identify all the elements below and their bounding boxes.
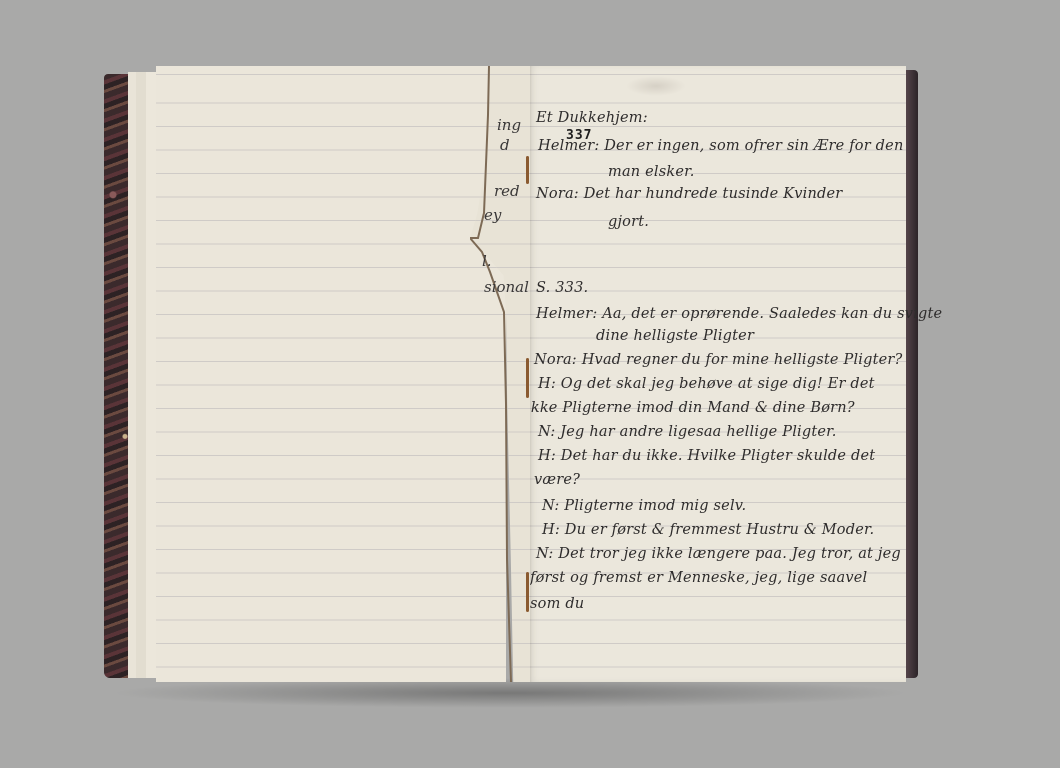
binding-stitch [526, 156, 529, 184]
handwritten-line: gjort. [608, 214, 649, 230]
handwritten-line: S. 333. [536, 280, 588, 296]
binding-stitch [526, 358, 529, 398]
line-text: som du [530, 596, 584, 612]
speaker-label: H: [542, 522, 565, 538]
line-text: først og fremst er Menneske, jeg, lige s… [530, 570, 867, 586]
line-text: Hvad regner du for mine helligste Pligte… [582, 352, 903, 368]
handwritten-line: N: Det tror jeg ikke længere paa. Jeg tr… [536, 546, 901, 562]
handwritten-line: H: Det har du ikke. Hvilke Pligter skuld… [538, 448, 875, 464]
book-shadow [110, 678, 910, 708]
line-text: Jeg har andre ligesaa hellige Pligter. [560, 424, 836, 440]
speaker-label: H: [538, 376, 561, 392]
speaker-label: H: [538, 448, 561, 464]
line-text: være? [534, 472, 580, 488]
binding-stitch [526, 572, 529, 612]
cover-right-edge [904, 70, 918, 678]
line-text: Det tror jeg ikke længere paa. Jeg tror,… [558, 546, 901, 562]
fragment-word: ing [497, 116, 521, 134]
handwritten-line: ikke Pligterne imod din Mand & dine Børn… [526, 400, 855, 416]
line-text: Pligterne imod mig selv. [564, 498, 746, 514]
line-text: Det har du ikke. Hvilke Pligter skulde d… [561, 448, 876, 464]
fragment-word: sional [484, 278, 529, 296]
handwritten-line: man elsker. [608, 164, 695, 180]
line-text: gjort. [608, 214, 649, 230]
handwritten-line: N: Pligterne imod mig selv. [542, 498, 746, 514]
handwritten-line: Helmer: Aa, det er oprørende. Saaledes k… [536, 306, 942, 322]
line-text: Du er først & fremmest Hustru & Moder. [565, 522, 875, 538]
handwritten-line: Et Dukkehjem: [536, 110, 648, 126]
fragment-word: red [494, 182, 520, 200]
speaker-label: Nora: [534, 352, 582, 368]
speaker-label: N: [542, 498, 564, 514]
line-text: Et Dukkehjem: [536, 110, 648, 126]
line-text: man elsker. [608, 164, 695, 180]
speaker-label: Helmer: [538, 138, 604, 154]
handwritten-line: H: Og det skal jeg behøve at sige dig! E… [538, 376, 875, 392]
faint-pencil-mark [626, 76, 686, 96]
speaker-label: N: [538, 424, 560, 440]
speaker-label: N: [536, 546, 558, 562]
handwritten-line: Nora: Hvad regner du for mine helligste … [534, 352, 903, 368]
fragment-word: ey [484, 206, 501, 224]
line-text: ikke Pligterne imod din Mand & dine Børn… [526, 400, 855, 416]
handwritten-line: H: Du er først & fremmest Hustru & Moder… [542, 522, 874, 538]
handwritten-line: N: Jeg har andre ligesaa hellige Pligter… [538, 424, 837, 440]
right-page: 337 Et Dukkehjem:Helmer: Der er ingen, s… [526, 66, 906, 682]
line-text: Der er ingen, som ofrer sin Ære for den [604, 138, 903, 154]
handwritten-line: som du [530, 596, 584, 612]
fragment-word: d [500, 136, 510, 154]
left-page-blank [156, 66, 506, 682]
handwritten-line: Nora: Det har hundrede tusinde Kvinder [536, 186, 842, 202]
line-text: Og det skal jeg behøve at sige dig! Er d… [561, 376, 875, 392]
speaker-label: Nora: [536, 186, 584, 202]
handwritten-line: være? [534, 472, 580, 488]
line-text: Det har hundrede tusinde Kvinder [584, 186, 843, 202]
fragment-word: l. [482, 252, 492, 270]
line-text: S. 333. [536, 280, 588, 296]
handwritten-line: dine helligste Pligter [596, 328, 754, 344]
handwritten-line: Helmer: Der er ingen, som ofrer sin Ære … [538, 138, 903, 154]
line-text: Aa, det er oprørende. Saaledes kan du sv… [602, 306, 942, 322]
handwritten-line: først og fremst er Menneske, jeg, lige s… [530, 570, 867, 586]
line-text: dine helligste Pligter [596, 328, 754, 344]
speaker-label: Helmer: [536, 306, 602, 322]
